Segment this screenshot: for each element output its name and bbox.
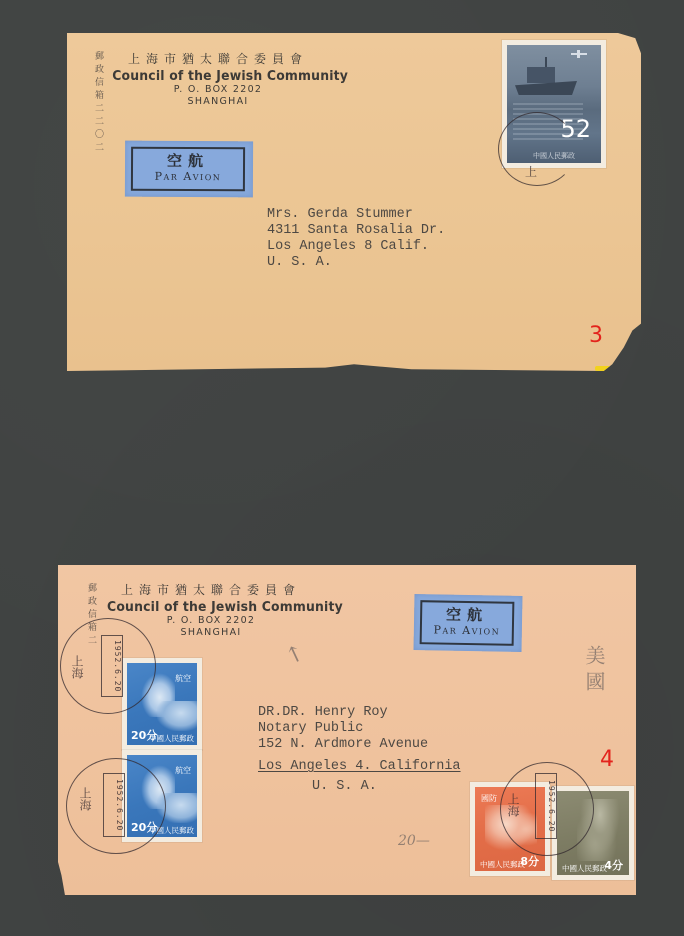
cover-number-label: 4	[600, 747, 614, 772]
address-line: Mrs. Gerda Stummer	[267, 207, 445, 223]
cover-number-label: 3	[589, 323, 603, 348]
letterhead: 上海市猶太聯合委員會 Council of the Jewish Communi…	[103, 50, 333, 108]
pencil-arrow: ↑	[282, 640, 309, 670]
address-line: Los Angeles 4. California	[258, 759, 461, 775]
address-line: 4311 Santa Rosalia Dr.	[267, 223, 445, 239]
stamp-inscription: 中國人民郵政	[562, 863, 607, 874]
recipient-address: DR.DR. Henry RoyNotary Public152 N. Ardm…	[258, 705, 461, 795]
vertical-po-box-chinese: 郵政信箱二二〇二	[93, 51, 103, 155]
airmail-label-english: Par Avion	[133, 170, 243, 184]
airmail-label-chinese: 空航	[133, 152, 243, 171]
address-line: 152 N. Ardmore Avenue	[258, 737, 461, 753]
airplane-icon	[571, 53, 587, 55]
airmail-label-english: Par Avion	[422, 623, 512, 638]
letterhead-chinese-name: 上海市猶太聯合委員會	[98, 581, 324, 598]
address-line: U. S. A.	[267, 255, 445, 271]
address-line: U. S. A.	[258, 779, 461, 795]
letterhead-english-name: Council of the Jewish Community	[107, 599, 315, 615]
airmail-label-chinese: 空航	[422, 605, 512, 625]
address-line: Los Angeles 8 Calif.	[267, 239, 445, 255]
letterhead-city: SHANGHAI	[103, 96, 333, 108]
ship-icon	[515, 81, 577, 95]
airmail-label: 空航 Par Avion	[125, 141, 253, 198]
letterhead-po-box: P. O. BOX 2202	[103, 84, 333, 96]
letterhead-english-name: Council of the Jewish Community	[112, 68, 324, 84]
address-line: DR.DR. Henry Roy	[258, 705, 461, 721]
postmark-cover-3: 上	[498, 112, 576, 186]
address-line: Notary Public	[258, 721, 461, 737]
postmark: 上海 1952.6.20	[66, 758, 166, 854]
stamp-inscription: 中國人民郵政	[149, 733, 197, 744]
postmark: 上海 1952.6.20	[60, 618, 156, 714]
stamp-value: 4分	[604, 857, 623, 873]
pencil-note-country: 美國	[580, 645, 609, 697]
stamp-inscription: 中國人民郵政	[480, 859, 525, 870]
recipient-address: Mrs. Gerda Stummer4311 Santa Rosalia Dr.…	[267, 207, 445, 271]
pencil-note-amount: 20—	[398, 833, 430, 849]
postmark: 上海 1952.6.20	[500, 762, 594, 856]
letterhead-chinese-name: 上海市猶太聯合委員會	[103, 50, 333, 67]
airmail-label: 空航 Par Avion	[414, 594, 523, 652]
